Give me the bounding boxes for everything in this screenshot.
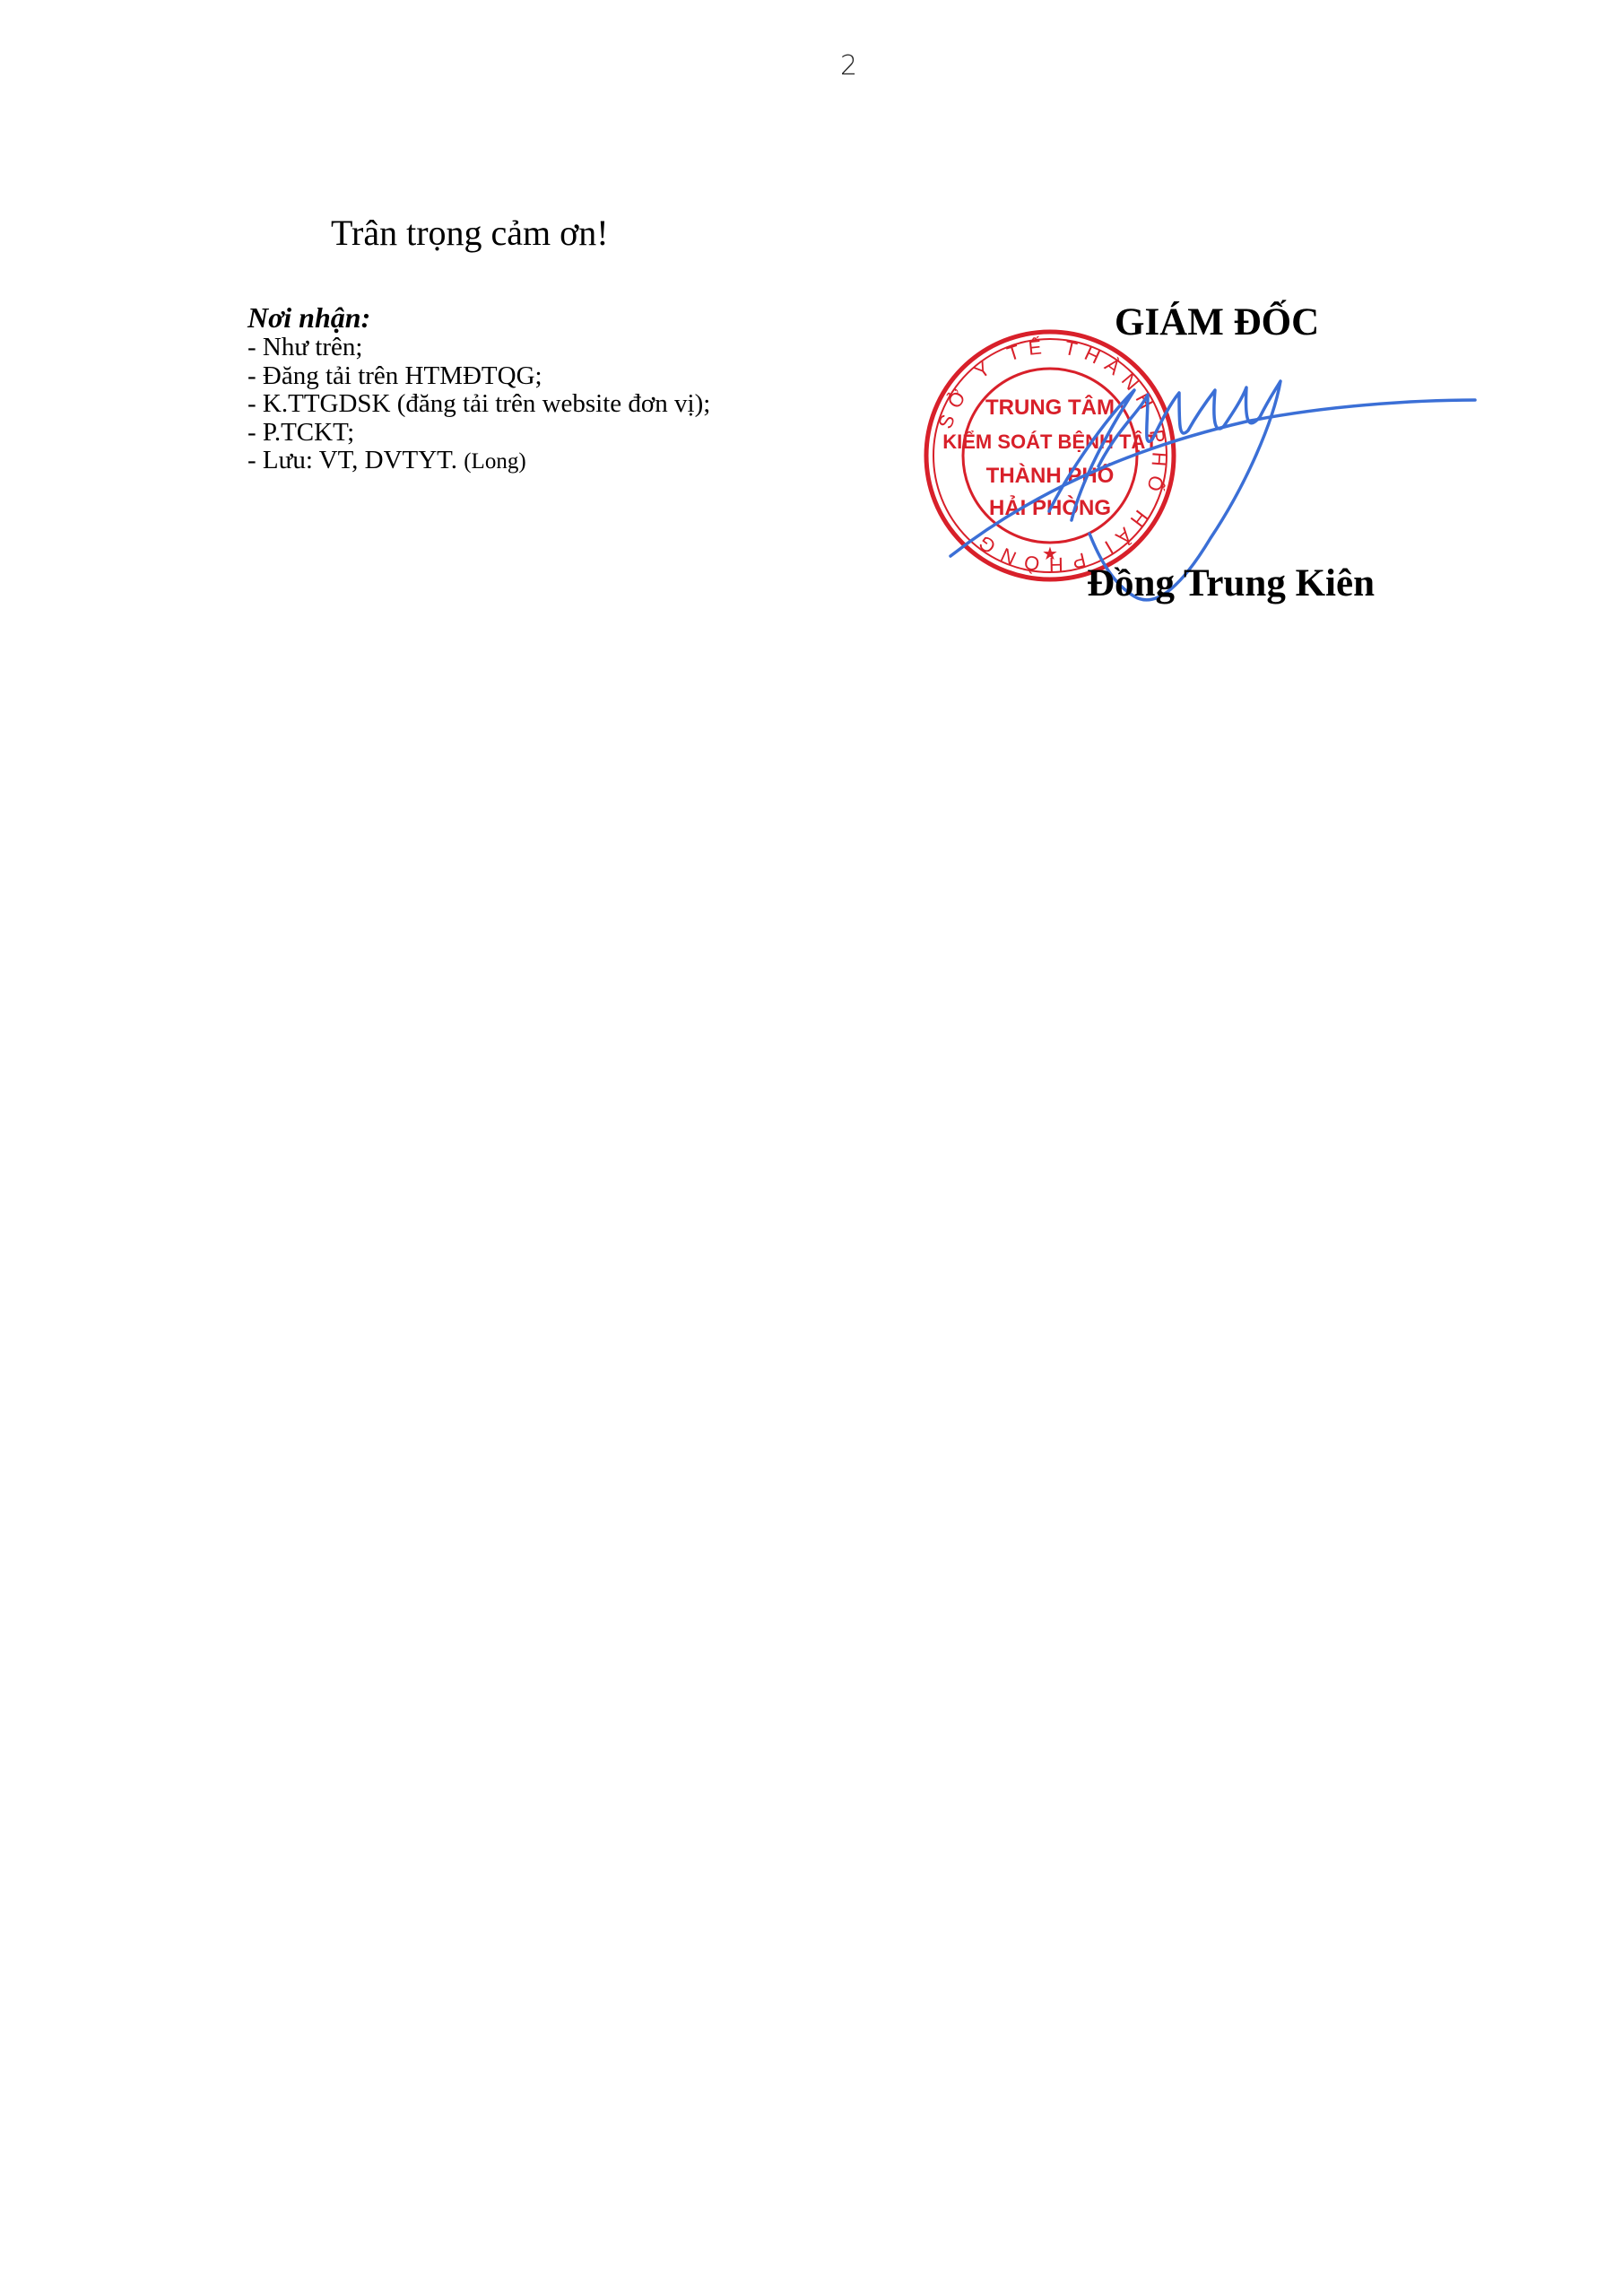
recipient-item: - Đăng tải trên HTMĐTQG; xyxy=(247,362,710,391)
recipient-item: - Như trên; xyxy=(247,334,710,362)
closing-remark: Trân trọng cảm ơn! xyxy=(331,212,609,254)
recipient-item: - Lưu: VT, DVTYT. (Long) xyxy=(247,447,710,476)
recipient-item: - K.TTGDSK (đăng tải trên website đơn vị… xyxy=(247,390,710,419)
archive-line: - Lưu: VT, DVTYT. xyxy=(247,446,457,474)
page-number: 2 xyxy=(840,50,857,82)
drafter-initial: (Long) xyxy=(464,449,525,474)
recipients-heading: Nơi nhận: xyxy=(247,301,710,334)
recipients-list: Nơi nhận: - Như trên; - Đăng tải trên HT… xyxy=(247,301,710,476)
recipient-item: - P.TCKT; xyxy=(247,419,710,448)
signer-name: Đồng Trung Kiên xyxy=(1087,561,1375,605)
